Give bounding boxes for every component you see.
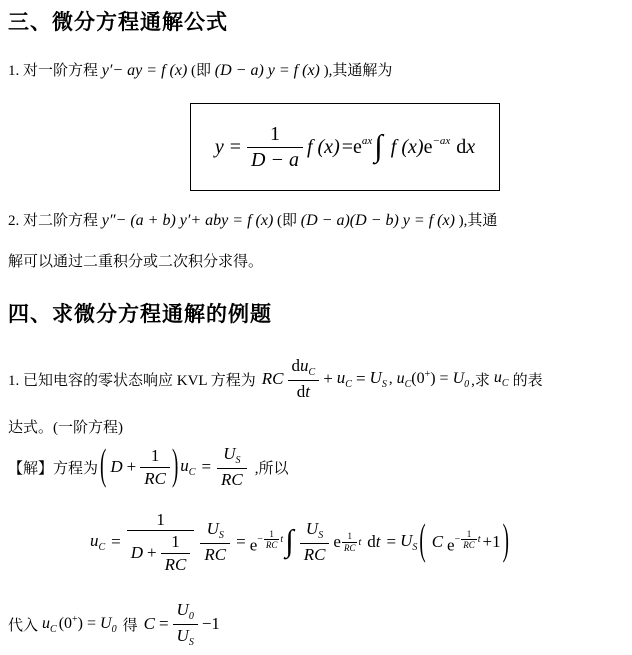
deriv-fraction-US-RC-2: US RC (300, 519, 330, 564)
deriv-RC2: RC (200, 544, 230, 565)
problem-subC4: C (502, 378, 509, 389)
final-frac-numerator: U0 (173, 600, 198, 625)
deriv-US-num2: US (300, 519, 330, 544)
deriv-nested-fraction: 1 RC (161, 532, 191, 574)
para2-line2: 解可以通过二重积分或二次积分求得。 (8, 250, 263, 271)
problem-initial-condition: uC(0+) =U0 (397, 369, 470, 390)
solution-equals: = (201, 457, 211, 477)
deriv-exp3-minus: − (455, 534, 461, 545)
section3-heading: 三、微分方程通解公式 (8, 6, 228, 36)
deriv-left-paren-big: ( (419, 517, 425, 568)
box-exponent-negative: −ax (432, 135, 450, 147)
problem-u3: u (397, 370, 405, 387)
para1-mid: (即 (191, 63, 211, 79)
deriv-U3: U (400, 531, 412, 550)
final-minus-one: −1 (202, 614, 220, 634)
final-initial-condition: uC(0+) =U0 (42, 614, 117, 635)
deriv-exponent2: 1RCt (341, 531, 361, 553)
problem-subS: S (382, 379, 387, 390)
deriv-exp2-RC: RC (342, 543, 358, 553)
deriv-exp1-fraction: 1RC (264, 529, 280, 551)
box-y: y (215, 136, 224, 159)
deriv-subS2: S (318, 530, 323, 541)
problem-sub0: 0 (464, 379, 469, 390)
final-frac-denominator: US (173, 625, 198, 649)
left-paren-big: ( (100, 442, 106, 493)
deriv-RC1: RC (161, 554, 191, 575)
deriv-dt: dt (367, 532, 380, 552)
boxed-formula: y = 1 D − a f (x) =eax ∫ f (x)e−ax dx (190, 103, 500, 191)
final-den-U: U (177, 626, 189, 645)
problem-u2: u (337, 368, 346, 387)
box-e-term: =eax (342, 135, 373, 159)
problem-open0: (0 (411, 370, 424, 387)
para1-lead: 1. 对一阶方程 (8, 63, 98, 79)
section4-heading: 四、求微分方程通解的例题 (8, 298, 272, 328)
final-rpeq: ) = (78, 615, 96, 632)
para2-line1: 2. 对二阶方程 y″− (a + b) y′+ aby = f (x) (即 … (8, 209, 497, 230)
box-equals: = (230, 136, 241, 159)
solution-fraction-1RC: 1 RC (140, 446, 170, 488)
problem-u1: u (300, 356, 309, 375)
derivation-integral-sign: ∫ (285, 525, 294, 556)
deriv-e-term1: e−1RCt (250, 529, 283, 555)
final-open0: (0 (59, 615, 72, 632)
problem-equals: = (356, 369, 366, 389)
deriv-U1: U (207, 519, 219, 538)
deriv-exp3-fraction: 1RC (461, 529, 477, 551)
deriv-exp1-t: t (280, 534, 283, 545)
deriv-one2: 1 (161, 532, 191, 554)
box-integrand: f (x)e−ax (391, 135, 450, 159)
solution-tail: ,所以 (255, 457, 289, 478)
problem-d2: d (297, 382, 306, 401)
deriv-e1: e (250, 535, 258, 554)
box-x: x (466, 136, 475, 158)
deriv-e3: e (447, 535, 455, 554)
deriv-d: d (367, 532, 376, 551)
para2-equation2: (D − a)(D − b) y = f (x) (301, 212, 455, 229)
box-exponent-positive: ax (362, 135, 372, 147)
deriv-U2: U (306, 519, 318, 538)
box-fx: f (x) (307, 136, 340, 159)
solution-frac-num: US (217, 444, 247, 469)
deriv-exp2-t: t (358, 537, 361, 548)
problem-lead: 1. 已知电容的零状态响应 KVL 方程为 (8, 369, 256, 390)
deriv-fraction-US-RC-1: US RC (200, 519, 230, 564)
final-sub0: 0 (112, 624, 117, 635)
problem-u4: u (494, 369, 502, 386)
problem-frac-denominator: dt (288, 381, 320, 402)
box-fraction: 1 D − a (247, 123, 303, 172)
deriv-US-num1: US (200, 519, 230, 544)
final-U0: U (100, 615, 112, 632)
problem-rpeq: ) = (430, 370, 448, 387)
solution-D: D (110, 457, 122, 477)
deriv-equals2: = (236, 532, 246, 552)
deriv-subC: C (99, 542, 106, 553)
deriv-RC3: RC (300, 544, 330, 565)
deriv-t2: t (376, 532, 381, 551)
box-fraction-denominator: D − a (247, 148, 303, 172)
final-C: C (144, 614, 155, 634)
final-num-U: U (177, 600, 189, 619)
solution-plus: + (127, 457, 137, 477)
document-page: 三、微分方程通解公式 1. 对一阶方程 y′− ay = f (x) (即 (D… (0, 0, 632, 655)
problem-U2: U (453, 370, 465, 387)
problem-comma1: , (389, 371, 393, 388)
para1-equation2: (D − a) y = f (x) (215, 62, 320, 79)
final-fraction: U0 US (173, 600, 198, 648)
deriv-right-paren-big: ) (503, 517, 509, 568)
deriv-equals3: = (387, 532, 397, 552)
deriv-exponent3: −1RCt (455, 529, 481, 551)
deriv-subS3: S (412, 542, 417, 553)
problem-line2: 达式。(一阶方程) (8, 416, 123, 437)
box-e: e (353, 136, 362, 158)
problem-subC2: C (345, 379, 352, 390)
problem-mid: ,求 (471, 369, 490, 390)
deriv-u: u (90, 531, 99, 550)
solution-RC2: RC (217, 469, 247, 490)
deriv-subS1: S (219, 530, 224, 541)
final-mid: 得 (123, 614, 138, 635)
deriv-e-term2: e1RCt (333, 531, 361, 553)
deriv-plus-one: +1 (483, 532, 501, 552)
problem-uC-ask: uC (494, 369, 509, 389)
final-equals: = (159, 614, 169, 634)
para1-equation1: y′− ay = f (x) (102, 62, 188, 79)
problem-line1: 1. 已知电容的零状态响应 KVL 方程为 RC duC dt + uC = U… (8, 350, 543, 408)
box-fraction-numerator: 1 (247, 123, 303, 148)
deriv-e-term3: e−1RCt (447, 529, 480, 555)
para2-equation1: y″− (a + b) y′+ aby = f (x) (102, 212, 274, 229)
solution-u: u (180, 456, 189, 475)
problem-frac-numerator: duC (288, 356, 320, 381)
deriv-plus: + (147, 543, 157, 563)
box-dx: dx (456, 136, 475, 159)
deriv-one: 1 (127, 510, 195, 532)
problem-subC1: C (309, 367, 316, 378)
integral-sign: ∫ (374, 130, 383, 161)
deriv-constant-C: C (432, 532, 443, 552)
para1: 1. 对一阶方程 y′− ay = f (x) (即 (D − a) y = f… (8, 59, 392, 80)
final-lead: 代入 (8, 614, 38, 635)
box-d: d (456, 136, 466, 158)
solution-subS: S (236, 455, 241, 466)
solution-lead: 【解】方程为 (8, 457, 98, 478)
right-paren-big: ) (172, 442, 178, 493)
problem-U1: U (370, 368, 382, 387)
deriv-e2: e (333, 532, 341, 551)
deriv-main-fraction: 1 D + 1 RC (127, 510, 195, 575)
solution-fraction-US-RC: US RC (217, 444, 247, 489)
deriv-exponent1: −1RCt (257, 529, 283, 551)
solution-line: 【解】方程为 ( D + 1 RC ) uC = US RC ,所以 (8, 441, 289, 493)
solution-uC: uC (180, 456, 195, 478)
deriv-exp1-minus: − (257, 534, 263, 545)
box-equals2: = (342, 136, 353, 158)
deriv-D: D (131, 543, 143, 563)
problem-derivative-fraction: duC dt (288, 356, 320, 401)
para2-mid: (即 (277, 213, 297, 229)
final-num-sub: 0 (189, 611, 194, 622)
deriv-exp2-fraction: 1RC (342, 531, 358, 553)
deriv-exp1-one: 1 (264, 529, 280, 540)
final-den-sub: S (189, 637, 194, 648)
problem-t: t (305, 382, 310, 401)
problem-US: US (370, 368, 387, 390)
deriv-exp3-one: 1 (461, 529, 477, 540)
deriv-exp3-t: t (478, 534, 481, 545)
problem-plus: + (323, 369, 333, 389)
para2-tail: ),其通 (459, 213, 498, 229)
deriv-uC: uC (90, 531, 105, 553)
box-fx2: f (x) (391, 136, 424, 158)
solution-RC1: RC (140, 468, 170, 489)
problem-uC: uC (337, 368, 352, 390)
derivation-formula: uC = 1 D + 1 RC US RC = e−1RCt ∫ US RC e… (90, 498, 511, 586)
deriv-exp3-RC: RC (461, 540, 477, 550)
final-u: u (42, 615, 50, 632)
problem-tail: 的表 (513, 369, 543, 390)
final-subC: C (50, 624, 57, 635)
para1-tail: ),其通解为 (324, 63, 393, 79)
solution-subC: C (189, 467, 196, 478)
solution-one: 1 (140, 446, 170, 468)
deriv-exp2-one: 1 (342, 531, 358, 542)
problem-RC: RC (262, 369, 284, 389)
deriv-main-denominator: D + 1 RC (127, 531, 195, 574)
problem-d1: d (292, 356, 301, 375)
deriv-US-outside: US (400, 531, 417, 553)
final-line: 代入 uC(0+) =U0 得 C = U0 US −1 (8, 595, 220, 653)
deriv-equals1: = (111, 532, 121, 552)
deriv-exp1-RC: RC (264, 540, 280, 550)
para2-lead: 2. 对二阶方程 (8, 213, 98, 229)
solution-U: U (223, 444, 235, 463)
